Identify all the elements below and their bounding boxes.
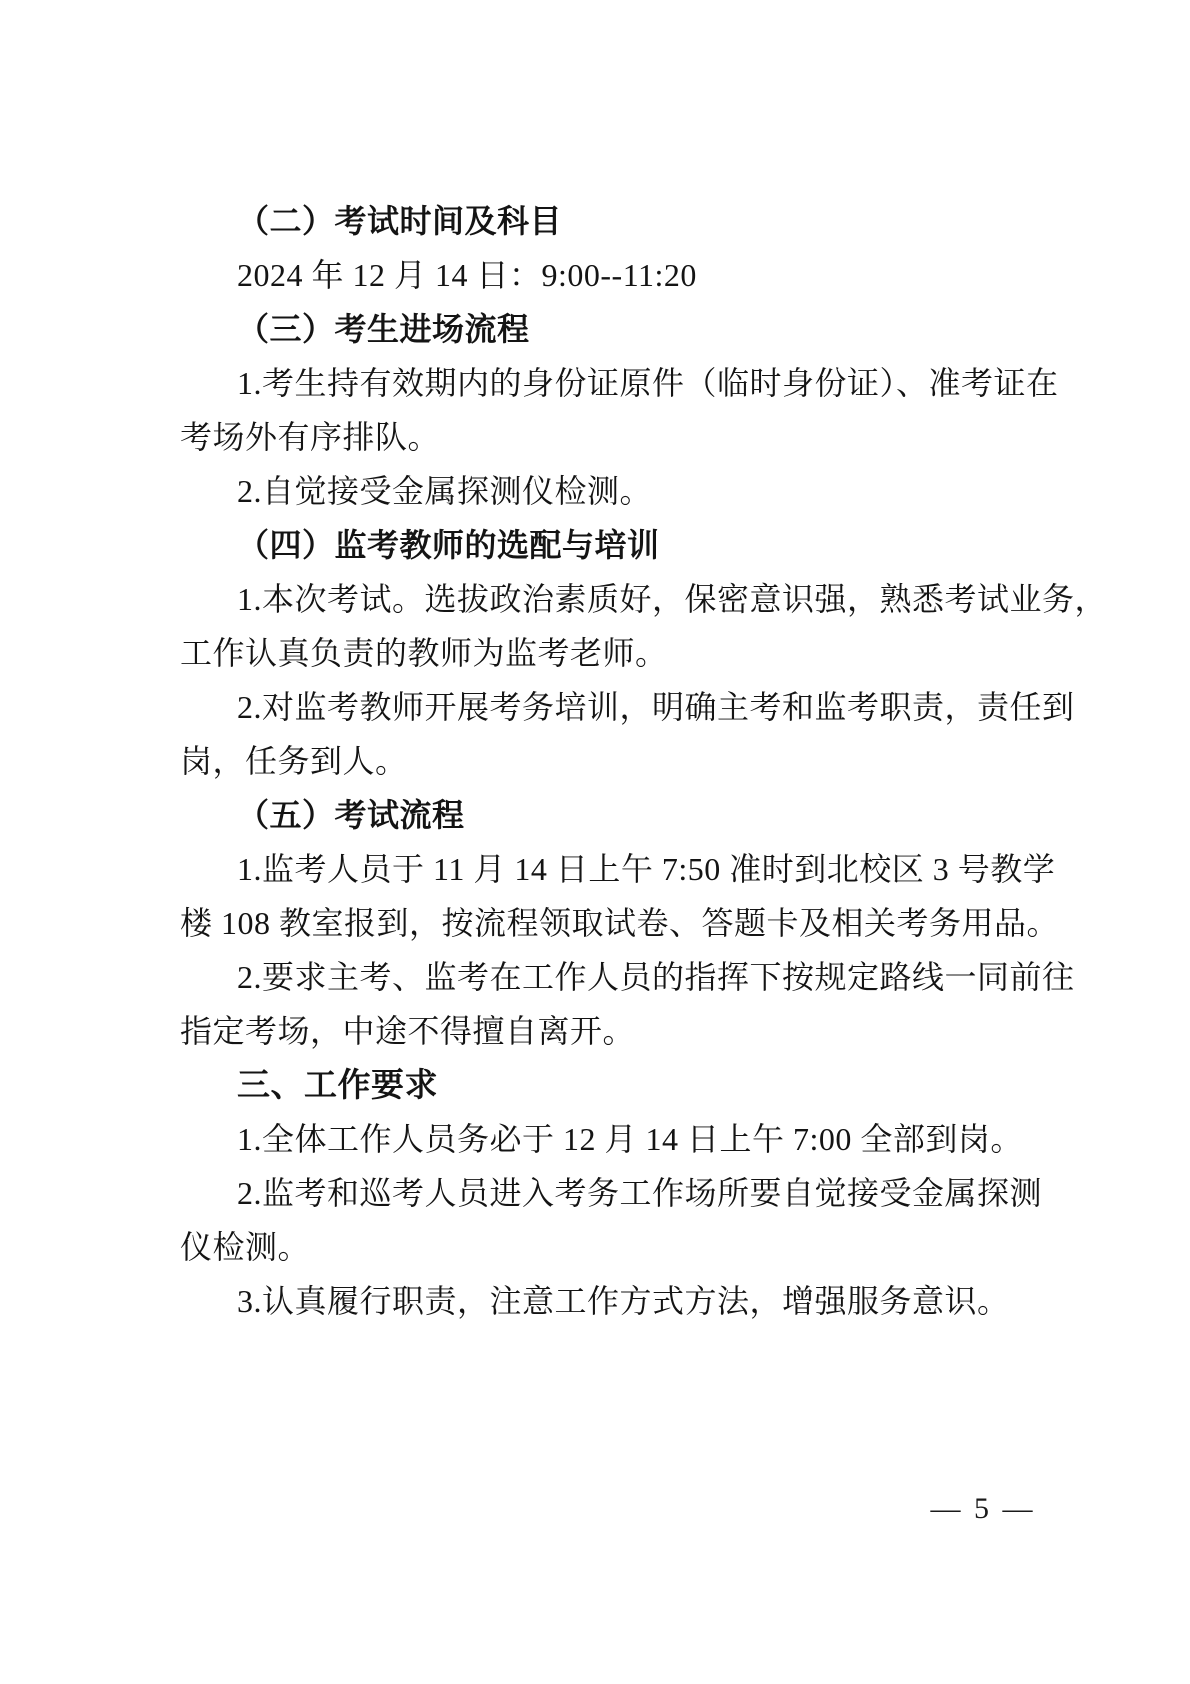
document-page: （二）考试时间及科目 2024 年 12 月 14 日：9:00--11:20 … [0,0,1190,1684]
paragraph-line: 2.对监考教师开展考务培训，明确主考和监考职责，责任到 [180,680,1025,734]
paragraph-line: 1.考生持有效期内的身份证原件（临时身份证）、准考证在 [180,356,1025,410]
paragraph-line: 2.要求主考、监考在工作人员的指挥下按规定路线一同前往 [180,950,1025,1004]
exam-datetime-line: 2024 年 12 月 14 日：9:00--11:20 [180,248,1025,302]
paragraph-line: 1.全体工作人员务必于 12 月 14 日上午 7:00 全部到岗。 [180,1112,1025,1166]
paragraph-line: 2.监考和巡考人员进入考务工作场所要自觉接受金属探测 [180,1166,1025,1220]
paragraph-line: 3.认真履行职责，注意工作方式方法，增强服务意识。 [180,1274,1025,1328]
paragraph-line: 岗，任务到人。 [180,734,1025,788]
paragraph-line: 工作认真负责的教师为监考老师。 [180,626,1025,680]
paragraph-line: 楼 108 教室报到，按流程领取试卷、答题卡及相关考务用品。 [180,896,1025,950]
heading-exam-time-subject: （二）考试时间及科目 [180,194,1025,248]
heading-work-requirements: 三、工作要求 [180,1058,1025,1112]
paragraph-line: 仪检测。 [180,1220,1025,1274]
paragraph-line: 1.本次考试。选拔政治素质好，保密意识强，熟悉考试业务， [180,572,1025,626]
document-body: （二）考试时间及科目 2024 年 12 月 14 日：9:00--11:20 … [180,194,1025,1328]
paragraph-line: 1.监考人员于 11 月 14 日上午 7:50 准时到北校区 3 号教学 [180,842,1025,896]
heading-candidate-entry-process: （三）考生进场流程 [180,302,1025,356]
page-number: — 5 — [918,1492,1048,1526]
paragraph-line: 2.自觉接受金属探测仪检测。 [180,464,1025,518]
paragraph-line: 考场外有序排队。 [180,410,1025,464]
paragraph-line: 指定考场，中途不得擅自离开。 [180,1004,1025,1058]
heading-proctor-selection-training: （四）监考教师的选配与培训 [180,518,1025,572]
heading-exam-process: （五）考试流程 [180,788,1025,842]
